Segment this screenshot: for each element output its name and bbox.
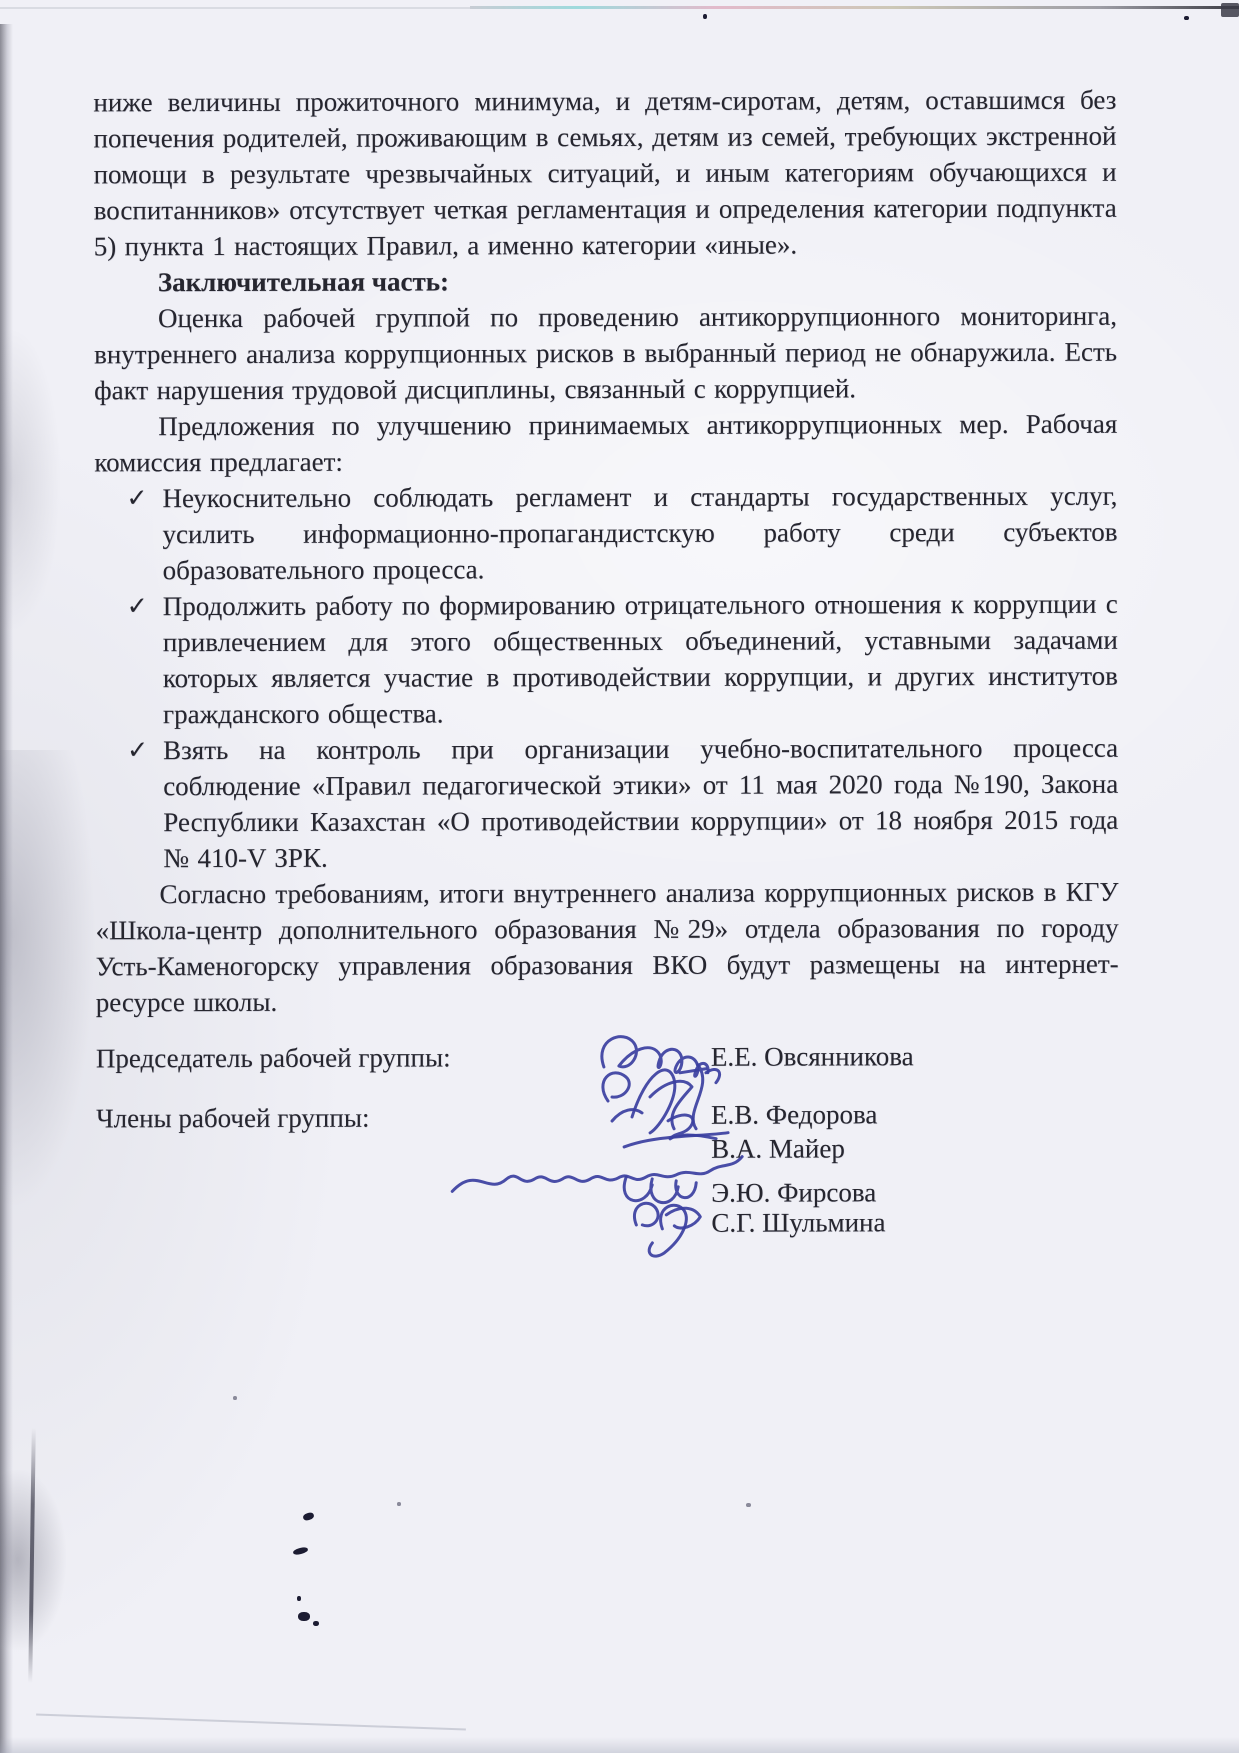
ink-speck (233, 1396, 237, 1400)
signature-block: Председатель рабочей группы: Е.Е. Овсянн… (96, 1034, 1120, 1357)
proposal-list: ✓ Неукоснительно соблюдать регламент и с… (94, 478, 1118, 877)
signature-stroke (603, 1073, 629, 1101)
continuation-paragraph: ниже величины прожиточного минимума, и д… (93, 82, 1116, 265)
proposal-item-text: Продолжить работу по формированию отрица… (163, 589, 1118, 729)
ink-speck (298, 1612, 310, 1621)
ink-speck (1184, 16, 1189, 20)
ink-speck (703, 14, 707, 19)
ink-speck (313, 1621, 319, 1626)
proposals-intro-paragraph: Предложения по улучшению принимаемых ант… (94, 406, 1117, 481)
signature-stroke (634, 1203, 658, 1226)
handwritten-signatures (436, 1029, 757, 1270)
proposal-item-text: Неукоснительно соблюдать регламент и ста… (162, 481, 1117, 585)
checkmark-icon: ✓ (127, 588, 148, 624)
scan-smudge (0, 750, 96, 1210)
ink-speck (397, 1502, 401, 1506)
proposal-item-text: Взять на контроль при организации учебно… (163, 733, 1118, 873)
signature-stroke (612, 1081, 692, 1129)
assessment-paragraph: Оценка рабочей группой по проведению ант… (94, 298, 1117, 409)
scan-corner-mark (1221, 3, 1239, 17)
signature-stroke (632, 1070, 675, 1133)
scan-bottom-shadow (0, 1737, 1239, 1753)
scan-top-edge-line (470, 6, 1239, 9)
ink-speck (297, 1596, 301, 1601)
checkmark-icon: ✓ (126, 480, 147, 516)
proposal-item: ✓ Неукоснительно соблюдать регламент и с… (94, 478, 1117, 589)
proposal-item: ✓ Взять на контроль при организации учеб… (95, 730, 1118, 877)
scanned-document-page: ниже величины прожиточного минимума, и д… (0, 0, 1239, 1753)
ink-speck (292, 1546, 308, 1555)
scan-top-edge-line-left (0, 7, 470, 9)
closing-section-heading: Заключительная часть: (94, 262, 1117, 301)
ink-speck (302, 1511, 315, 1521)
scan-smudge (0, 330, 60, 630)
chair-label: Председатель рабочей группы: (96, 1039, 451, 1076)
signature-stroke (452, 1157, 742, 1192)
signature-stroke (624, 1177, 696, 1203)
members-label: Члены рабочей группы: (96, 1100, 369, 1137)
ink-speck (746, 1503, 751, 1507)
checkmark-icon: ✓ (127, 732, 148, 768)
scan-bottom-crease (36, 1713, 466, 1730)
document-body: ниже величины прожиточного минимума, и д… (93, 82, 1119, 1357)
proposal-item: ✓ Продолжить работу по формированию отри… (95, 586, 1118, 733)
signature-stroke (680, 1065, 720, 1129)
scan-smudge (0, 1470, 66, 1650)
final-note-paragraph: Согласно требованиям, итоги внутреннего … (95, 874, 1118, 1021)
